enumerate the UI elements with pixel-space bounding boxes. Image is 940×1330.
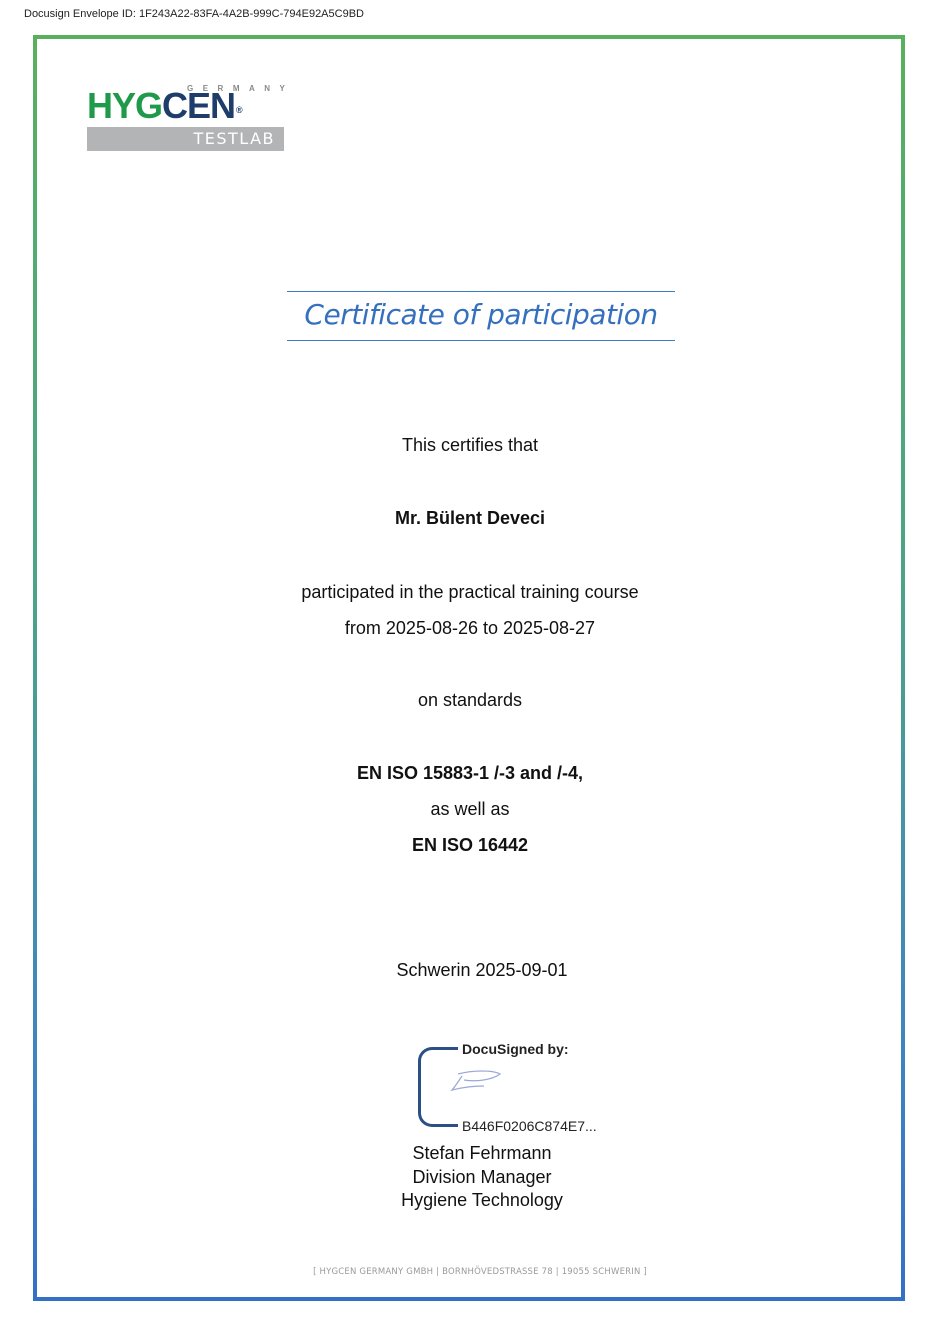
logo-brand-navy: CEN (162, 85, 235, 126)
certificate-page (37, 39, 901, 1297)
hygcen-logo: GERMANY HYGCEN® TESTLAB (87, 84, 297, 154)
participation-statement: participated in the practical training c… (0, 582, 940, 603)
intro-text: This certifies that (0, 435, 940, 456)
place-and-date: Schwerin 2025-09-01 (12, 960, 940, 981)
docusign-envelope-id: Docusign Envelope ID: 1F243A22-83FA-4A2B… (24, 8, 364, 20)
certificate-border (33, 35, 905, 1301)
logo-subtitle: TESTLAB (87, 127, 284, 151)
certificate-title: Certificate of participation (287, 292, 675, 338)
standards-intro: on standards (0, 690, 940, 711)
standard-2: EN ISO 16442 (0, 835, 940, 856)
course-date-range: from 2025-08-26 to 2025-08-27 (0, 618, 940, 639)
recipient-name: Mr. Bülent Deveci (0, 508, 940, 529)
registered-icon: ® (236, 105, 242, 115)
certificate-title-box: Certificate of participation (287, 291, 675, 341)
logo-brand-green: HYG (87, 85, 162, 126)
signer-name: Stefan Fehrmann (0, 1142, 940, 1165)
connector-text: as well as (0, 799, 940, 820)
standard-1: EN ISO 15883-1 /-3 and /-4, (0, 763, 940, 784)
signer-title: Division Manager (0, 1166, 940, 1189)
company-address-footer: [ HYGCEN GERMANY GMBH | BORNHÖVEDSTRASSE… (0, 1267, 940, 1277)
signature-scribble-icon (448, 1066, 508, 1096)
signer-department: Hygiene Technology (0, 1189, 940, 1212)
signature-hash: B446F0206C874E7... (462, 1118, 597, 1134)
logo-wordmark: HYGCEN® (87, 88, 242, 124)
docusigned-label: DocuSigned by: (462, 1041, 569, 1057)
